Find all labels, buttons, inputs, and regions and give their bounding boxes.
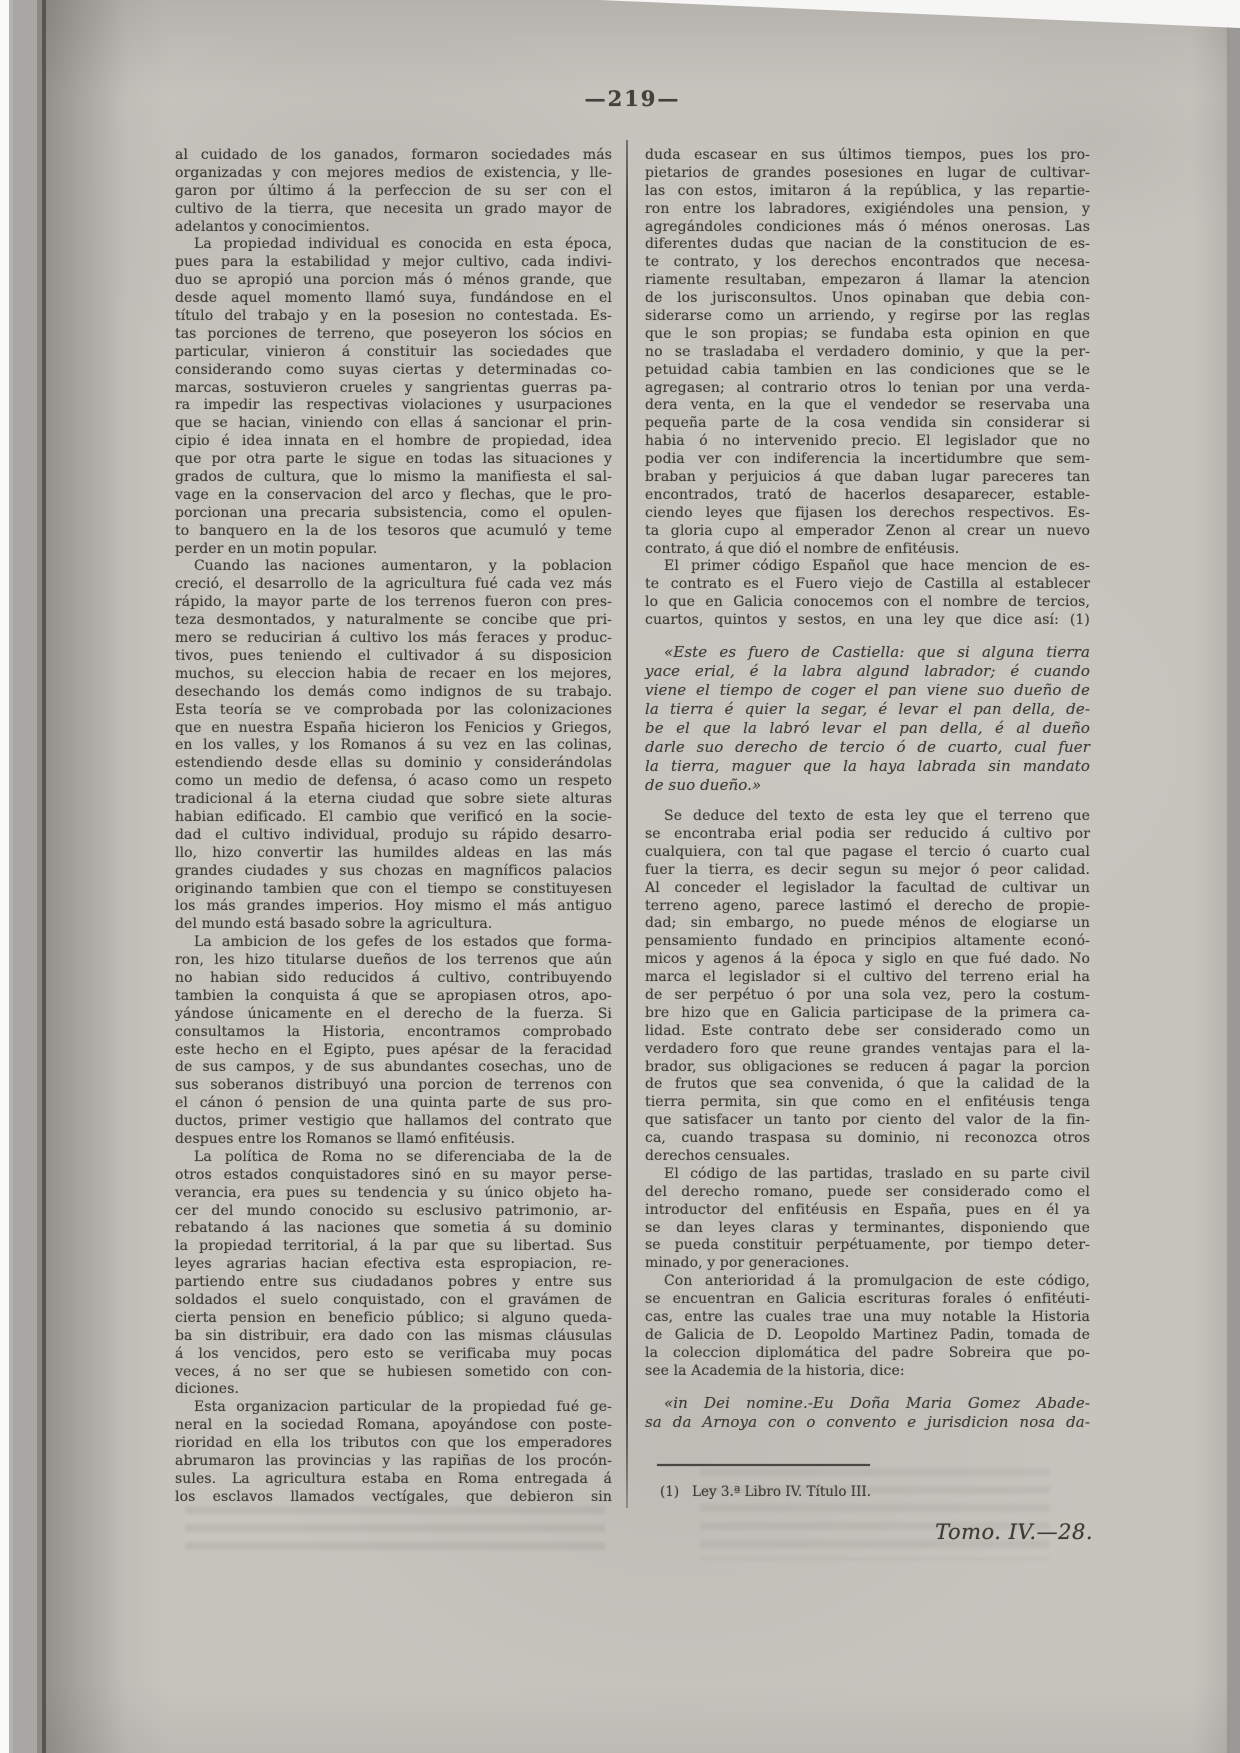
text-line: La ambicion de los gefes de los estados … — [175, 934, 612, 952]
text-line: dad el cultivo individual, produjo su rá… — [175, 827, 612, 845]
page-number: —219— — [175, 86, 1090, 111]
text-line: marca el legislador si el cultivo del te… — [645, 969, 1090, 987]
text-line: habian edificado. El cambio que verificó… — [175, 809, 612, 827]
text-line: de los jurisconsultos. Unos opinaban que… — [645, 290, 1090, 308]
text-line: El primer código Español que hace mencio… — [645, 558, 1090, 576]
text-line: pequeña parte de la cosa vendida sin con… — [645, 415, 1090, 433]
text-line: «Este es fuero de Castiella: que si algu… — [645, 643, 1090, 662]
text-line: yace erial, é la labra algund labrador; … — [645, 662, 1090, 681]
text-line: organizadas y con mejores medios de exis… — [175, 165, 612, 183]
text-line: cuartos, quintos y sestos, en una ley qu… — [645, 612, 1090, 630]
text-line: mero se reducirian á cultivo los más fer… — [175, 630, 612, 648]
text-line: habia ó no intervenido precio. El legisl… — [645, 433, 1090, 451]
footnote-separator-rule — [657, 1464, 870, 1466]
text-line: be el que la labró levar el pan della, é… — [645, 719, 1090, 738]
text-line: grandes ciudades y sus chozas en magnífi… — [175, 863, 612, 881]
text-line: sa da Arnoya con o convento e jurisdicio… — [645, 1413, 1090, 1432]
text-line: particular, vinieron á constituir las so… — [175, 344, 612, 362]
paragraph: El primer código Español que hace mencio… — [645, 558, 1090, 630]
text-line: contrato, á que dió el nombre de enfitéu… — [645, 541, 1090, 559]
text-line: ciendo leyes que fijasen los derechos re… — [645, 505, 1090, 523]
text-line: este hecho en el Egipto, pues apésar de … — [175, 1042, 612, 1060]
text-line: pensamiento fundado en principios altame… — [645, 933, 1090, 951]
text-line: viene el tiempo de coger el pan viene su… — [645, 681, 1090, 700]
text-line: podia ver con indiferencia la incertidum… — [645, 451, 1090, 469]
book-gutter-shadow — [0, 0, 46, 1753]
text-line: pietarios de grandes posesiones en lugar… — [645, 165, 1090, 183]
text-line: te contrato es el Fuero viejo de Castill… — [645, 576, 1090, 594]
paragraph: La propiedad individual es conocida en e… — [175, 236, 612, 558]
text-line: la propiedad territorial, á la par que s… — [175, 1238, 612, 1256]
text-line: dad; sin embargo, no puede ménos de elog… — [645, 915, 1090, 933]
text-line: de sus campos, y de sus abundantes cosec… — [175, 1059, 612, 1077]
text-line: Al conceder el legislador la facultad de… — [645, 880, 1090, 898]
text-line: cer del mundo conocido su esclusivo patr… — [175, 1203, 612, 1221]
text-line: sules. La agricultura estaba en Roma ent… — [175, 1471, 612, 1489]
text-line: micos y agenos á la época y siglo en que… — [645, 951, 1090, 969]
paragraph: Esta organizacion particular de la propi… — [175, 1399, 612, 1506]
text-line: cualquiera, con tal que pagase el tercio… — [645, 844, 1090, 862]
text-line: leyes agrarias hacian efectiva esta espr… — [175, 1256, 612, 1274]
text-line: estendiendo desde ellas su dominio y con… — [175, 755, 612, 773]
text-line: introductor del enfitéusis en España, pu… — [645, 1202, 1090, 1220]
text-line: abrumaron las provincias y las rapiñas d… — [175, 1453, 612, 1471]
text-line: La política de Roma no se diferenciaba d… — [175, 1149, 612, 1167]
text-line: que en nuestra España hicieron los Fenic… — [175, 720, 612, 738]
text-line: muchos, su eleccion habia de recaer en l… — [175, 666, 612, 684]
text-line: garon por último á la perfeccion de su s… — [175, 183, 612, 201]
paragraph: Con anterioridad á la promulgacion de es… — [645, 1273, 1090, 1380]
column-left: al cuidado de los ganados, formaron soci… — [175, 147, 612, 1507]
text-line: de frutos que sea convenida, ó que la ca… — [645, 1076, 1090, 1094]
text-line: título del trabajo y en la posesion no c… — [175, 308, 612, 326]
text-line: dera venta, en la que el vendedor se res… — [645, 397, 1090, 415]
text-line: Con anterioridad á la promulgacion de es… — [645, 1273, 1090, 1291]
paragraph: duda escasear en sus últimos tiempos, pu… — [645, 147, 1090, 558]
column-right: duda escasear en sus últimos tiempos, pu… — [645, 147, 1090, 1445]
text-line: fuer la tierra, es decir segun su mejor … — [645, 862, 1090, 880]
text-line: Se deduce del texto de esta ley que el t… — [645, 808, 1090, 826]
text-line: diferentes dudas que nacian de la consti… — [645, 236, 1090, 254]
text-line: los esclavos llamados vectígales, que de… — [175, 1489, 612, 1507]
text-line: no habian sido reducidos á cultivo, cont… — [175, 970, 612, 988]
text-line: bre hizo que en Galicia participase de l… — [645, 1005, 1090, 1023]
text-line: se pueda constituir perpétuamente, por t… — [645, 1237, 1090, 1255]
text-line: adelantos y conocimientos. — [175, 219, 612, 237]
text-line: partiendo entre sus ciudadanos pobres y … — [175, 1274, 612, 1292]
text-line: de suo dueño.» — [645, 776, 1090, 795]
text-line: Esta organizacion particular de la propi… — [175, 1399, 612, 1417]
paragraph: Cuando las naciones aumentaron, y la pob… — [175, 558, 612, 934]
text-line: brador, sus obligaciones se reducen á pa… — [645, 1059, 1090, 1077]
text-line: cipio é idea innata en el hombre de prop… — [175, 433, 612, 451]
text-line: tivos, pues teniendo el cultivador á su … — [175, 648, 612, 666]
text-line: terreno ageno, parece lastimó el derecho… — [645, 898, 1090, 916]
text-line: que por otra parte le sigue en todas las… — [175, 451, 612, 469]
text-line: desechando los demás como indignos de su… — [175, 684, 612, 702]
text-line: grados de cultura, que lo mismo la manif… — [175, 469, 612, 487]
text-line: agregándoles condiciones más ó ménos one… — [645, 219, 1090, 237]
text-line: riamente resultaban, empezaron á llamar … — [645, 272, 1090, 290]
text-line: ductos, primer vestigio que hallamos del… — [175, 1113, 612, 1131]
text-line: en los valles, y los Romanos á su vez en… — [175, 737, 612, 755]
text-line: to banquero en la de los tesoros que acu… — [175, 523, 612, 541]
text-line: llo, hizo convertir las humildes aldeas … — [175, 845, 612, 863]
paragraph: La ambicion de los gefes de los estados … — [175, 934, 612, 1149]
text-line: darle suo derecho de tercio ó de cuarto,… — [645, 738, 1090, 757]
paragraph: La política de Roma no se diferenciaba d… — [175, 1149, 612, 1399]
text-line: ron, les hizo titularse dueños de los te… — [175, 952, 612, 970]
text-line: tierra permita, sin que como en el enfit… — [645, 1094, 1090, 1112]
text-line: minado, y por generaciones. — [645, 1255, 1090, 1273]
text-line: Esta teoría se ve comprobada por las col… — [175, 702, 612, 720]
text-line: que le son propias; se fundaba esta opin… — [645, 326, 1090, 344]
footnote: (1) Ley 3.ª Libro IV. Título III. — [660, 1484, 871, 1500]
ink-showthrough-smudge — [700, 1468, 1050, 1560]
text-line: se dan leyes claras y terminantes, dispo… — [645, 1220, 1090, 1238]
quoted-passage: «Este es fuero de Castiella: que si algu… — [645, 643, 1090, 795]
text-line: neral en la sociedad Romana, apoyándose … — [175, 1417, 612, 1435]
text-line: cultivo de la tierra, que necesita un gr… — [175, 201, 612, 219]
ink-showthrough-smudge — [185, 1506, 605, 1550]
text-line: teza desmontados, y naturalmente se conc… — [175, 612, 612, 630]
column-divider-rule — [626, 140, 628, 1508]
text-line: que se hacian, viniendo con ellas á sanc… — [175, 415, 612, 433]
paragraph: Se deduce del texto de esta ley que el t… — [645, 808, 1090, 1166]
text-line: braban y perjuicios á que daban lugar pa… — [645, 469, 1090, 487]
text-line: petuidad cabia tambien en las condicione… — [645, 362, 1090, 380]
text-line: rápido, la mayor parte de los terrenos f… — [175, 594, 612, 612]
text-line: desde aquel momento llamó suya, fundándo… — [175, 290, 612, 308]
text-line: vage en la conservacion del arco y flech… — [175, 487, 612, 505]
text-line: te contrato, y los derechos encontrados … — [645, 254, 1090, 272]
text-line: pues para la estabilidad y mejor cultivo… — [175, 254, 612, 272]
text-line: ra impedir las respectivas violaciones y… — [175, 397, 612, 415]
text-line: yándose únicamente en el derecho de la f… — [175, 1006, 612, 1024]
text-line: del derecho romano, puede ser considerad… — [645, 1184, 1090, 1202]
quoted-passage: «in Dei nomine.-Eu Doña Maria Gomez Abad… — [645, 1394, 1090, 1432]
scanned-book-page: —219— al cuidado de los ganados, formaro… — [0, 0, 1240, 1753]
text-line: tas porciones de terreno, que poseyeron … — [175, 326, 612, 344]
text-line: soldados el suelo conquistado, con el gr… — [175, 1292, 612, 1310]
text-line: cas, entre las cuales trae una muy notab… — [645, 1309, 1090, 1327]
volume-signature: Tomo. IV.—28. — [645, 1520, 1093, 1544]
text-line: originando tambien que con el tiempo se … — [175, 881, 612, 899]
text-line: cierta pension en beneficio público; si … — [175, 1310, 612, 1328]
text-line: la tierra, maguer que la haya labrada si… — [645, 757, 1090, 776]
text-line: creció, el desarrollo de la agricultura … — [175, 576, 612, 594]
text-line: El código de las partidas, traslado en s… — [645, 1166, 1090, 1184]
text-line: como un medio de defensa, ó acaso como u… — [175, 773, 612, 791]
text-line: veces, á no ser que se hubiesen sometido… — [175, 1364, 612, 1382]
text-line: ca, cuando traspasa su dominio, ni recon… — [645, 1130, 1090, 1148]
text-line: verancia, era pues su tendencia y su úni… — [175, 1185, 612, 1203]
text-line: ba sin distribuir, era dado con las mism… — [175, 1328, 612, 1346]
text-line: marcas, sostuvieron crueles y sangrienta… — [175, 380, 612, 398]
text-line: no se trasladaba el verdadero dominio, y… — [645, 344, 1090, 362]
text-line: lo que en Galicia conocemos con el nombr… — [645, 594, 1090, 612]
text-line: el cánon ó pension de una quinta parte d… — [175, 1095, 612, 1113]
gutter-shadow-fade — [46, 0, 126, 1753]
text-line: derechos censuales. — [645, 1148, 1090, 1166]
text-line: que satisfacer un tanto por ciento del v… — [645, 1112, 1090, 1130]
text-line: rebatando á las naciones que sometia á s… — [175, 1220, 612, 1238]
text-line: la tierra é quier la segar, é levar el p… — [645, 700, 1090, 719]
text-line: perder en un motin popular. — [175, 541, 612, 559]
text-line: encontrados, trató de hacerlos desaparec… — [645, 487, 1090, 505]
text-line: ron entre los labradores, exigiéndoles u… — [645, 201, 1090, 219]
text-line: los más grandes imperios. Hoy mismo el m… — [175, 898, 612, 916]
text-line: see la Academia de la historia, dice: — [645, 1363, 1090, 1381]
text-line: tradicional á la eterna ciudad que sobre… — [175, 791, 612, 809]
scan-right-edge — [1226, 0, 1240, 1753]
text-line: agregasen; al contrario otros lo tenian … — [645, 380, 1090, 398]
text-line: considerando como suyas ciertas y determ… — [175, 362, 612, 380]
text-line: siderarse como un arriendo, y regirse po… — [645, 308, 1090, 326]
page-corner-curl — [600, 0, 1240, 28]
text-line: duda escasear en sus últimos tiempos, pu… — [645, 147, 1090, 165]
text-line: se encontraba erial podia ser reducido á… — [645, 826, 1090, 844]
text-line: Cuando las naciones aumentaron, y la pob… — [175, 558, 612, 576]
text-line: ta gloria cupo al emperador Zenon al cre… — [645, 523, 1090, 541]
text-line: de Galicia de D. Leopoldo Martinez Padin… — [645, 1327, 1090, 1345]
text-line: diciones. — [175, 1381, 612, 1399]
text-line: sus soberanos distribuyó una porcion de … — [175, 1077, 612, 1095]
text-line: tambien la conquista á que se apropiasen… — [175, 988, 612, 1006]
text-line: á los vencidos, pero esto se verificaba … — [175, 1346, 612, 1364]
text-line: la coleccion diplomática del padre Sobre… — [645, 1345, 1090, 1363]
text-line: rioridad en ella los tributos con que lo… — [175, 1435, 612, 1453]
paragraph: al cuidado de los ganados, formaron soci… — [175, 147, 612, 236]
text-line: despues entre los Romanos se llamó enfit… — [175, 1131, 612, 1149]
text-line: verdadero foro que reune grandes ventaja… — [645, 1041, 1090, 1059]
text-line: otros estados conquistadores sinó en su … — [175, 1167, 612, 1185]
paragraph: El código de las partidas, traslado en s… — [645, 1166, 1090, 1273]
text-line: del mundo está basado sobre la agricultu… — [175, 916, 612, 934]
text-line: las con estos, imitaron á la república, … — [645, 183, 1090, 201]
text-line: duo se apropió una porcion más ó ménos g… — [175, 272, 612, 290]
text-line: La propiedad individual es conocida en e… — [175, 236, 612, 254]
text-line: porcionan una precaria subsistencia, com… — [175, 505, 612, 523]
text-line: consultamos la Historia, encontramos com… — [175, 1024, 612, 1042]
text-line: «in Dei nomine.-Eu Doña Maria Gomez Abad… — [645, 1394, 1090, 1413]
text-line: de ser perpétuo ó por una sola vez, pero… — [645, 987, 1090, 1005]
text-line: lidad. Este contrato debe ser considerad… — [645, 1023, 1090, 1041]
text-line: al cuidado de los ganados, formaron soci… — [175, 147, 612, 165]
text-line: se encuentran en Galicia escrituras fora… — [645, 1291, 1090, 1309]
